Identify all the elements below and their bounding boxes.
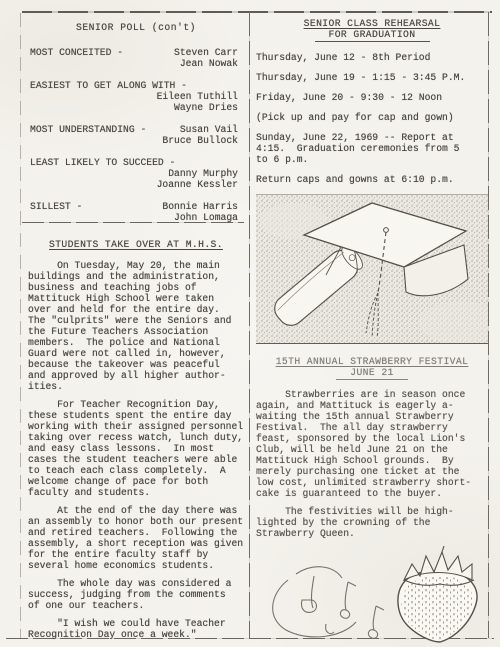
takeover-paragraphs: On Tuesday, May 20, the main buildings a… — [28, 260, 244, 640]
poll-item: SILLEST -Bonnie Harris John Lomaga — [28, 201, 244, 223]
column-divider — [249, 12, 250, 638]
takeover-paragraph: At the end of the day there was an assem… — [28, 505, 244, 571]
takeover-paragraph: "I wish we could have Teacher Recognitio… — [28, 618, 244, 640]
takeover-title: STUDENTS TAKE OVER AT M.H.S. — [28, 239, 244, 250]
festival-title-line1: 15TH ANNUAL STRAWBERRY FESTIVAL — [276, 356, 469, 367]
festival-paragraph: The festivities will be high- lighted by… — [256, 506, 488, 539]
left-margin-rule — [20, 13, 21, 638]
graduation-cap-diploma-icon — [256, 195, 488, 343]
right-margin-rule — [488, 12, 489, 638]
festival-title: 15TH ANNUAL STRAWBERRY FESTIVAL JUNE 21 — [256, 356, 488, 380]
poll-category-label: LEAST LIKELY TO SUCCEED - — [30, 157, 244, 168]
schedule-entry: Thursday, June 19 - 1:15 - 3:45 P.M. — [256, 72, 488, 83]
strawberry-icon — [256, 546, 488, 646]
rehearsal-title: SENIOR CLASS REHEARSAL FOR GRADUATION — [256, 18, 488, 42]
senior-poll-title: SENIOR POLL (con't) — [28, 22, 244, 33]
rehearsal-title-line2: FOR GRADUATION — [315, 29, 430, 42]
poll-category-label: SILLEST - — [30, 201, 82, 212]
senior-poll-items: MOST CONCEITED -Steven Carr Jean NowakEA… — [28, 47, 244, 223]
takeover-paragraph: The whole day was considered a success, … — [28, 578, 244, 611]
poll-item: MOST UNDERSTANDING -Susan Vail Bruce Bul… — [28, 124, 244, 146]
rehearsal-schedule: Thursday, June 12 - 8th PeriodThursday, … — [256, 52, 488, 185]
strawberry-fruit-icon — [398, 546, 477, 642]
strawberry-illustration — [256, 546, 488, 646]
left-column: SENIOR POLL (con't) MOST CONCEITED -Stev… — [28, 12, 244, 647]
graduation-illustration — [256, 194, 488, 344]
rehearsal-title-line1: SENIOR CLASS REHEARSAL — [304, 18, 441, 29]
poll-category-label: MOST CONCEITED - — [30, 47, 123, 58]
schedule-entry: Friday, June 20 - 9:30 - 12 Noon — [256, 92, 488, 103]
swirl-doodle-icon — [273, 567, 384, 639]
poll-item: MOST CONCEITED -Steven Carr Jean Nowak — [28, 47, 244, 69]
page: SENIOR POLL (con't) MOST CONCEITED -Stev… — [0, 0, 500, 647]
schedule-entry: Sunday, June 22, 1969 -- Report at 4:15.… — [256, 132, 488, 165]
festival-title-line2: JUNE 21 — [336, 367, 408, 380]
schedule-entry: (Pick up and pay for cap and gown) — [256, 112, 488, 123]
schedule-entry: Thursday, June 12 - 8th Period — [256, 52, 488, 63]
festival-paragraphs: Strawberries are in season once again, a… — [256, 389, 488, 539]
takeover-paragraph: On Tuesday, May 20, the main buildings a… — [28, 260, 244, 392]
poll-names: Eileen Tuthill Wayne Dries — [28, 91, 244, 113]
poll-category-label: EASIEST TO GET ALONG WITH - — [30, 80, 244, 91]
poll-item: LEAST LIKELY TO SUCCEED -Danny Murphy Jo… — [28, 157, 244, 190]
schedule-entry: Return caps and gowns at 6:10 p.m. — [256, 174, 488, 185]
takeover-title-text: STUDENTS TAKE OVER AT M.H.S. — [49, 239, 223, 250]
right-column: SENIOR CLASS REHEARSAL FOR GRADUATION Th… — [256, 12, 488, 646]
poll-category-label: MOST UNDERSTANDING - — [30, 124, 146, 135]
poll-item: EASIEST TO GET ALONG WITH -Eileen Tuthil… — [28, 80, 244, 113]
poll-names: Danny Murphy Joanne Kessler — [28, 168, 244, 190]
takeover-paragraph: For Teacher Recognition Day, these stude… — [28, 399, 244, 498]
festival-paragraph: Strawberries are in season once again, a… — [256, 389, 488, 499]
